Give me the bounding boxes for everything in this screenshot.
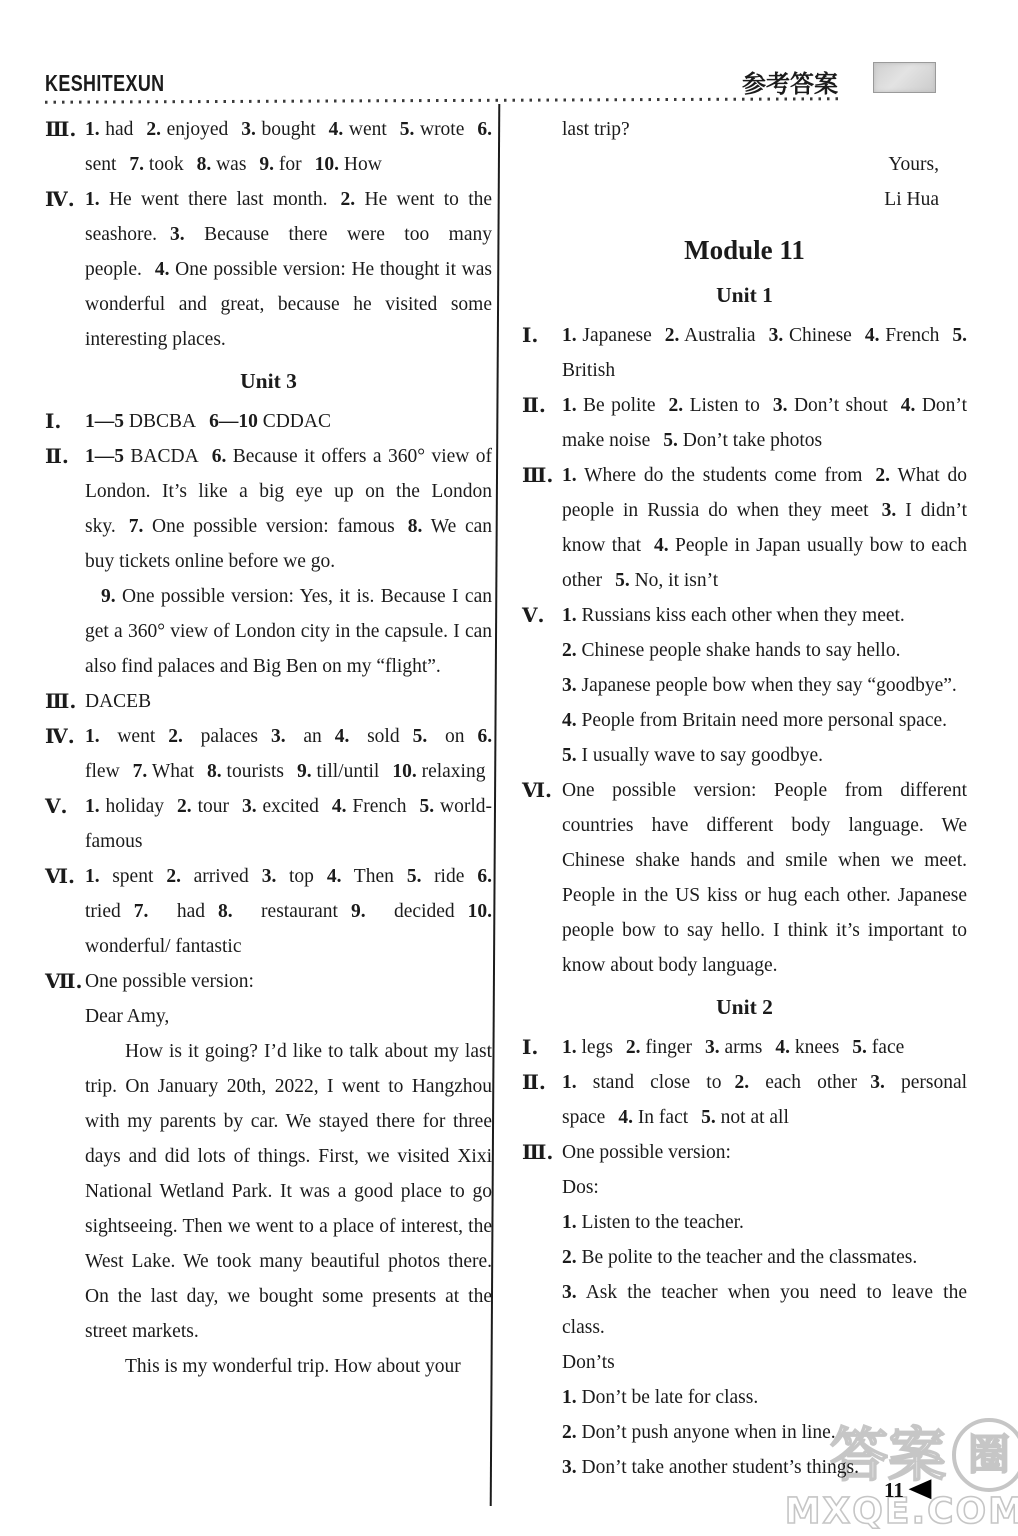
answer-text: flew (85, 761, 120, 782)
answer-number: 2. (875, 465, 890, 486)
answer-number: 6—10 (209, 411, 258, 432)
answer-number: 1. (562, 465, 577, 486)
answer-number: 2. (669, 395, 684, 416)
answer-item: 4. Then (327, 866, 394, 887)
answer-item: 1. stand close to (562, 1072, 721, 1093)
answer-text: on (445, 726, 465, 747)
unit-heading: Unit 3 (45, 366, 492, 397)
answer-item: One possible version: People from differ… (562, 780, 967, 976)
answer-number: 2. (734, 1072, 749, 1093)
answer-item: 1—5 DBCBA (85, 411, 196, 432)
answer-text: legs (582, 1037, 613, 1058)
answer-item: 2. tour (177, 796, 229, 817)
answer-number: 5. (562, 745, 577, 766)
answer-item: 1. Listen to the teacher. (562, 1205, 967, 1240)
column-left: Ⅲ.1. had2. enjoyed3. bought4. went5. wro… (45, 112, 492, 1384)
answer-number: 2. (166, 866, 181, 887)
answer-item: 2. Listen to (669, 395, 760, 416)
answer-number: 8. (218, 901, 233, 922)
answer-item: 5. I usually wave to say goodbye. (562, 738, 967, 773)
answer-text: face (872, 1037, 904, 1058)
answer-number: 3. (242, 796, 257, 817)
answer-text: arrived (194, 866, 249, 887)
answer-section: Ⅵ.1. spent2. arrived3. top4. Then5. ride… (45, 859, 492, 964)
paragraph: Yours, (522, 147, 967, 182)
answer-number: 3. (271, 726, 286, 747)
answer-text: CDDAC (263, 411, 331, 432)
answer-number: 3. (705, 1037, 720, 1058)
answer-item: 2. each other (734, 1072, 857, 1093)
answer-item: 5. wrote (400, 119, 465, 140)
answer-text: bought (262, 119, 316, 140)
answer-item: 4. knees (775, 1037, 839, 1058)
answer-number: 2. (665, 325, 680, 346)
section-marker: Ⅰ. (522, 318, 538, 353)
answer-number: 2. (177, 796, 192, 817)
answer-section: Ⅴ.1. Russians kiss each other when they … (522, 598, 967, 773)
section-marker: Ⅲ. (45, 684, 76, 719)
answer-text: Chinese (789, 325, 852, 346)
answer-number: 1. (85, 866, 100, 887)
paragraph: last trip? (522, 112, 967, 147)
answer-section: Ⅲ.One possible version:Dos:1. Listen to … (522, 1135, 967, 1485)
answer-item: 1. Where do the students come from (562, 465, 862, 486)
answer-section: Ⅱ.1. stand close to2. each other3. perso… (522, 1065, 967, 1135)
answer-number: 8. (408, 516, 423, 537)
answer-text: went (117, 726, 155, 747)
answer-number: 5. (400, 119, 415, 140)
answer-text: enjoyed (167, 119, 229, 140)
answer-number: 2. (341, 189, 356, 210)
answer-item: 10. relaxing (392, 761, 485, 782)
answer-section: Ⅲ.1. had2. enjoyed3. bought4. went5. wro… (45, 112, 492, 182)
answer-item: 8. restaurant (218, 901, 338, 922)
answer-item: 8. was (197, 154, 247, 175)
answer-text: What (152, 761, 194, 782)
answer-text: Be polite (583, 395, 656, 416)
answer-number: 2. (146, 119, 161, 140)
section-marker: Ⅶ. (45, 964, 82, 999)
answer-text: decided (394, 901, 455, 922)
answer-text: No, it isn’t (635, 570, 719, 591)
answer-text: spent (112, 866, 153, 887)
answer-number: 7. (133, 761, 148, 782)
answer-text: People from Britain need more personal s… (582, 710, 948, 731)
answer-number: 3. (562, 1282, 577, 1303)
answer-text: DBCBA (129, 411, 196, 432)
answer-item: 4. People from Britain need more persona… (562, 703, 967, 738)
answer-number: 3. (170, 224, 185, 245)
answer-item: 7. had (134, 901, 205, 922)
module-heading: Module 11 (522, 232, 967, 269)
answer-text: Japanese (582, 325, 651, 346)
answer-text: Dos: (562, 1177, 599, 1198)
answer-text: British (562, 360, 615, 381)
answer-text: I usually wave to say goodbye. (582, 745, 824, 766)
answer-number: 4. (901, 395, 916, 416)
paragraph: This is my wonderful trip. How about you… (45, 1349, 492, 1384)
answer-text: went (349, 119, 387, 140)
answer-number: 9. (297, 761, 312, 782)
answer-section: Ⅴ.1. holiday2. tour3. excited4. French5.… (45, 789, 492, 859)
answer-item: 4. One possible version: He thought it w… (85, 259, 492, 350)
answer-text: French (352, 796, 406, 817)
answer-number: 3. (769, 325, 784, 346)
paragraph: How is it going? I’d like to talk about … (45, 1034, 492, 1349)
answer-item: 6—10 CDDAC (209, 411, 331, 432)
column-right: last trip?Yours,Li HuaModule 11Unit 1Ⅰ.1… (522, 112, 967, 1485)
answer-item: 1. legs (562, 1037, 613, 1058)
answer-item: 1. Japanese (562, 325, 652, 346)
answer-text: Listen to (690, 395, 760, 416)
answer-number: 1. (562, 605, 577, 626)
answer-text: One possible version: (85, 971, 254, 992)
answer-text: stand close to (593, 1072, 722, 1093)
answer-item: 2. Chinese people shake hands to say hel… (562, 633, 967, 668)
answer-text: One possible version: Yes, it is. Becaus… (85, 586, 492, 677)
answer-text: One possible version: He thought it was … (85, 259, 492, 350)
answer-item: 5. not at all (701, 1107, 789, 1128)
answer-number: 3. (562, 1457, 577, 1478)
section-marker: Ⅳ. (45, 182, 75, 217)
answer-text: wonderful/ fantastic (85, 936, 242, 957)
answer-text: till/until (316, 761, 379, 782)
answer-text: One possible version: People from differ… (562, 780, 967, 976)
answer-text: knees (795, 1037, 839, 1058)
answer-item: One possible version: (562, 1142, 731, 1163)
section-marker: Ⅱ. (522, 388, 546, 423)
answer-item: 3. excited (242, 796, 319, 817)
answer-item: 7. One possible version: famous (129, 516, 395, 537)
answer-item: Dos: (562, 1170, 967, 1205)
answer-item: 2. Australia (665, 325, 756, 346)
answer-number: 4. (329, 119, 344, 140)
answer-item: Don’ts (562, 1345, 967, 1380)
answer-text: How (344, 154, 382, 175)
answer-number: 10. (392, 761, 416, 782)
section-marker: Ⅴ. (45, 789, 67, 824)
answer-number: 1. (562, 1387, 577, 1408)
answer-number: 1. (562, 1037, 577, 1058)
answer-text: Don’t shout (794, 395, 888, 416)
section-marker: Ⅲ. (522, 458, 553, 493)
answer-text: Ask the teacher when you need to leave t… (562, 1282, 967, 1338)
answer-text: DACEB (85, 691, 151, 712)
answer-item: 1. holiday (85, 796, 164, 817)
answer-number: 4. (155, 259, 170, 280)
answer-text: relaxing (422, 761, 486, 782)
answer-item: 3. arms (705, 1037, 762, 1058)
section-marker: Ⅵ. (522, 773, 552, 808)
answer-number: 7. (134, 901, 149, 922)
answer-number: 1. (562, 395, 577, 416)
answer-number: 9. (351, 901, 366, 922)
answer-section: Ⅲ.DACEB (45, 684, 492, 719)
answer-number: 5. (852, 1037, 867, 1058)
answer-number: 1—5 (85, 446, 124, 467)
answer-text: Listen to the teacher. (582, 1212, 744, 1233)
back-arrow-icon: ◀ (909, 1473, 932, 1503)
answer-item: 1. Russians kiss each other when they me… (562, 605, 905, 626)
answer-number: 3. (773, 395, 788, 416)
answer-text: BACDA (130, 446, 198, 467)
answer-number: 4. (332, 796, 347, 817)
corner-gray-box (873, 62, 936, 93)
answer-number: 1. (85, 189, 100, 210)
answer-item: 3. Chinese (769, 325, 852, 346)
answer-item: 2. finger (626, 1037, 692, 1058)
answer-text: Be polite to the teacher and the classma… (582, 1247, 918, 1268)
answer-item: 5. No, it isn’t (615, 570, 718, 591)
answer-item: DACEB (85, 691, 151, 712)
section-marker: Ⅳ. (45, 719, 75, 754)
paragraph: Dear Amy, (45, 999, 492, 1034)
answer-text: Don’t push anyone when in line. (582, 1422, 836, 1443)
answer-number: 6. (477, 119, 492, 140)
answer-number: 4. (654, 535, 669, 556)
answer-text: sent (85, 154, 116, 175)
answer-item: 3. Don’t shout (773, 395, 888, 416)
answer-text: Then (354, 866, 394, 887)
answer-number: 8. (197, 154, 212, 175)
answer-item: 10. How (315, 154, 382, 175)
answer-text: One possible version: (562, 1142, 731, 1163)
answer-text: Don’ts (562, 1352, 615, 1373)
answer-number: 4. (865, 325, 880, 346)
answer-text: finger (645, 1037, 692, 1058)
section-marker: Ⅱ. (522, 1065, 546, 1100)
answer-item: 2. palaces (168, 726, 258, 747)
answer-item: 9. One possible version: Yes, it is. Bec… (85, 579, 492, 684)
section-marker: Ⅴ. (522, 598, 544, 633)
unit-heading: Unit 2 (522, 992, 967, 1023)
answer-number: 1. (562, 325, 577, 346)
answer-item: 1. had (85, 119, 133, 140)
answer-text: not at all (721, 1107, 789, 1128)
paragraph: Li Hua (522, 182, 967, 217)
answer-number: 1. (85, 119, 100, 140)
answer-item: 7. What (133, 761, 194, 782)
answer-text: One possible version: famous (152, 516, 395, 537)
answer-number: 5. (701, 1107, 716, 1128)
page-number: 11 (884, 1478, 904, 1503)
answer-item: 3. Ask the teacher when you need to leav… (562, 1275, 967, 1345)
answer-section: Ⅰ.1. Japanese2. Australia3. Chinese4. Fr… (522, 318, 967, 388)
answer-section: Ⅰ.1. legs2. finger3. arms4. knees5. face (522, 1030, 967, 1065)
answer-item: 4. French (332, 796, 407, 817)
answer-number: 4. (327, 866, 342, 887)
answer-item: 1. went (85, 726, 155, 747)
answer-section: Ⅳ.1. went2. palaces3. an4. sold5. on6. f… (45, 719, 492, 789)
answer-text: Australia (684, 325, 755, 346)
header-title: 参考答案 (742, 64, 838, 99)
answer-item: 3. bought (241, 119, 315, 140)
answer-number: 5. (420, 796, 435, 817)
answer-number: 4. (335, 726, 350, 747)
answer-item: 3. Japanese people bow when they say “go… (562, 668, 967, 703)
answer-number: 7. (129, 154, 144, 175)
answer-item: 3. Don’t take another student’s things. (562, 1450, 967, 1485)
answer-number: 3. (262, 866, 277, 887)
answer-text: top (289, 866, 314, 887)
answer-item: 5. Don’t take photos (663, 430, 822, 451)
answer-item: 9. decided (351, 901, 455, 922)
answer-item: 2. Be polite to the teacher and the clas… (562, 1240, 967, 1275)
answer-section: Ⅲ.1. Where do the students come from2. W… (522, 458, 967, 598)
answer-text: Russians kiss each other when they meet. (582, 605, 905, 626)
answer-text: had (177, 901, 205, 922)
answer-item: 5. on (413, 726, 465, 747)
section-marker: Ⅲ. (45, 112, 76, 147)
answer-number: 9. (259, 154, 274, 175)
section-marker: Ⅱ. (45, 439, 69, 474)
answer-item: 4. went (329, 119, 387, 140)
answer-item: 4. In fact (618, 1107, 688, 1128)
answer-text: an (303, 726, 321, 747)
section-marker: Ⅲ. (522, 1135, 553, 1170)
answer-number: 7. (129, 516, 144, 537)
answer-item: 9. till/until (297, 761, 379, 782)
answer-item: 1—5 BACDA (85, 446, 199, 467)
answer-text: Don’t take photos (683, 430, 822, 451)
answer-section: Ⅵ.One possible version: People from diff… (522, 773, 967, 983)
answer-number: 4. (618, 1107, 633, 1128)
answer-number: 4. (562, 710, 577, 731)
answer-text: restaurant (261, 901, 338, 922)
answer-item: 1. spent (85, 866, 153, 887)
answer-text: Where do the students come from (584, 465, 862, 486)
answer-number: 5. (663, 430, 678, 451)
answer-item: 2. arrived (166, 866, 248, 887)
answer-item: 1. Don’t be late for class. (562, 1380, 967, 1415)
answer-item: 2. enjoyed (146, 119, 228, 140)
answer-text: took (149, 154, 184, 175)
answer-text: tourists (227, 761, 284, 782)
answer-number: 10. (468, 901, 492, 922)
answer-item: 5. ride (407, 866, 465, 887)
answer-number: 1. (562, 1212, 577, 1233)
answer-text: In fact (638, 1107, 688, 1128)
page-header: KESHITEXUN 参考答案 (0, 0, 1018, 110)
answer-text: He went there last month. (109, 189, 328, 210)
answer-number: 1. (562, 1072, 577, 1093)
answer-number: 2. (626, 1037, 641, 1058)
answer-item: 1. Be polite (562, 395, 656, 416)
answer-number: 5. (413, 726, 428, 747)
answer-text: Japanese people bow when they say “goodb… (582, 675, 957, 696)
answer-item: 3. top (262, 866, 314, 887)
answer-item: One possible version: (85, 971, 254, 992)
answer-text: French (885, 325, 939, 346)
answer-number: 6. (212, 446, 227, 467)
answer-number: 10. (315, 154, 339, 175)
answer-text: wrote (420, 119, 464, 140)
section-marker: Ⅵ. (45, 859, 75, 894)
answer-item: 5. face (852, 1037, 904, 1058)
answer-section: Ⅱ.1—5 BACDA6. Because it offers a 360° v… (45, 439, 492, 684)
answer-number: 3. (562, 675, 577, 696)
answer-text: ride (434, 866, 464, 887)
answer-text: excited (263, 796, 319, 817)
answer-number: 5. (615, 570, 630, 591)
answer-text: sold (367, 726, 400, 747)
answer-item: 4. French (865, 325, 940, 346)
answer-number: 2. (562, 640, 577, 661)
answer-number: 1. (85, 726, 100, 747)
answer-number: 2. (562, 1422, 577, 1443)
answer-text: tried (85, 901, 121, 922)
answer-number: 8. (207, 761, 222, 782)
answer-section: Ⅶ.One possible version: (45, 964, 492, 999)
answer-number: 6. (477, 726, 492, 747)
watermark-circle-text: 圈 (968, 1434, 1010, 1476)
answer-item: 7. took (129, 154, 183, 175)
answer-number: 1—5 (85, 411, 124, 432)
answer-item: 4. sold (335, 726, 400, 747)
answer-number: 2. (168, 726, 183, 747)
answer-section: Ⅳ.1. He went there last month.2. He went… (45, 182, 492, 357)
answer-number: 6. (477, 866, 492, 887)
unit-heading: Unit 1 (522, 280, 967, 311)
section-marker: Ⅰ. (45, 404, 61, 439)
answer-number: 5. (407, 866, 422, 887)
answer-text: tour (198, 796, 229, 817)
answer-text: for (279, 154, 302, 175)
section-marker: Ⅰ. (522, 1030, 538, 1065)
answer-text: each other (765, 1072, 857, 1093)
answer-number: 2. (562, 1247, 577, 1268)
answer-text: holiday (106, 796, 165, 817)
answer-number: 3. (882, 500, 897, 521)
answer-number: 9. (101, 586, 116, 607)
answer-item: 1. He went there last month. (85, 189, 328, 210)
answer-text: palaces (201, 726, 258, 747)
answer-text: arms (724, 1037, 762, 1058)
answer-number: 3. (870, 1072, 885, 1093)
answer-text: Don’t take another student’s things. (582, 1457, 859, 1478)
answer-text: Don’t be late for class. (582, 1387, 759, 1408)
answer-text: had (105, 119, 133, 140)
answer-number: 5. (952, 325, 967, 346)
answer-section: Ⅱ.1. Be polite2. Listen to3. Don’t shout… (522, 388, 967, 458)
header-dotted-rule (45, 97, 838, 103)
answer-item: 3. an (271, 726, 322, 747)
answer-item: 8. tourists (207, 761, 284, 782)
answer-number: 3. (241, 119, 256, 140)
answer-text: Chinese people shake hands to say hello. (582, 640, 901, 661)
brand-logo-text: KESHITEXUN (45, 70, 165, 97)
answer-text: was (216, 154, 246, 175)
answer-number: 4. (775, 1037, 790, 1058)
answer-item: 2. Don’t push anyone when in line. (562, 1415, 967, 1450)
answer-section: Ⅰ.1—5 DBCBA6—10 CDDAC (45, 404, 492, 439)
answer-number: 1. (85, 796, 100, 817)
answer-item: 9. for (259, 154, 301, 175)
